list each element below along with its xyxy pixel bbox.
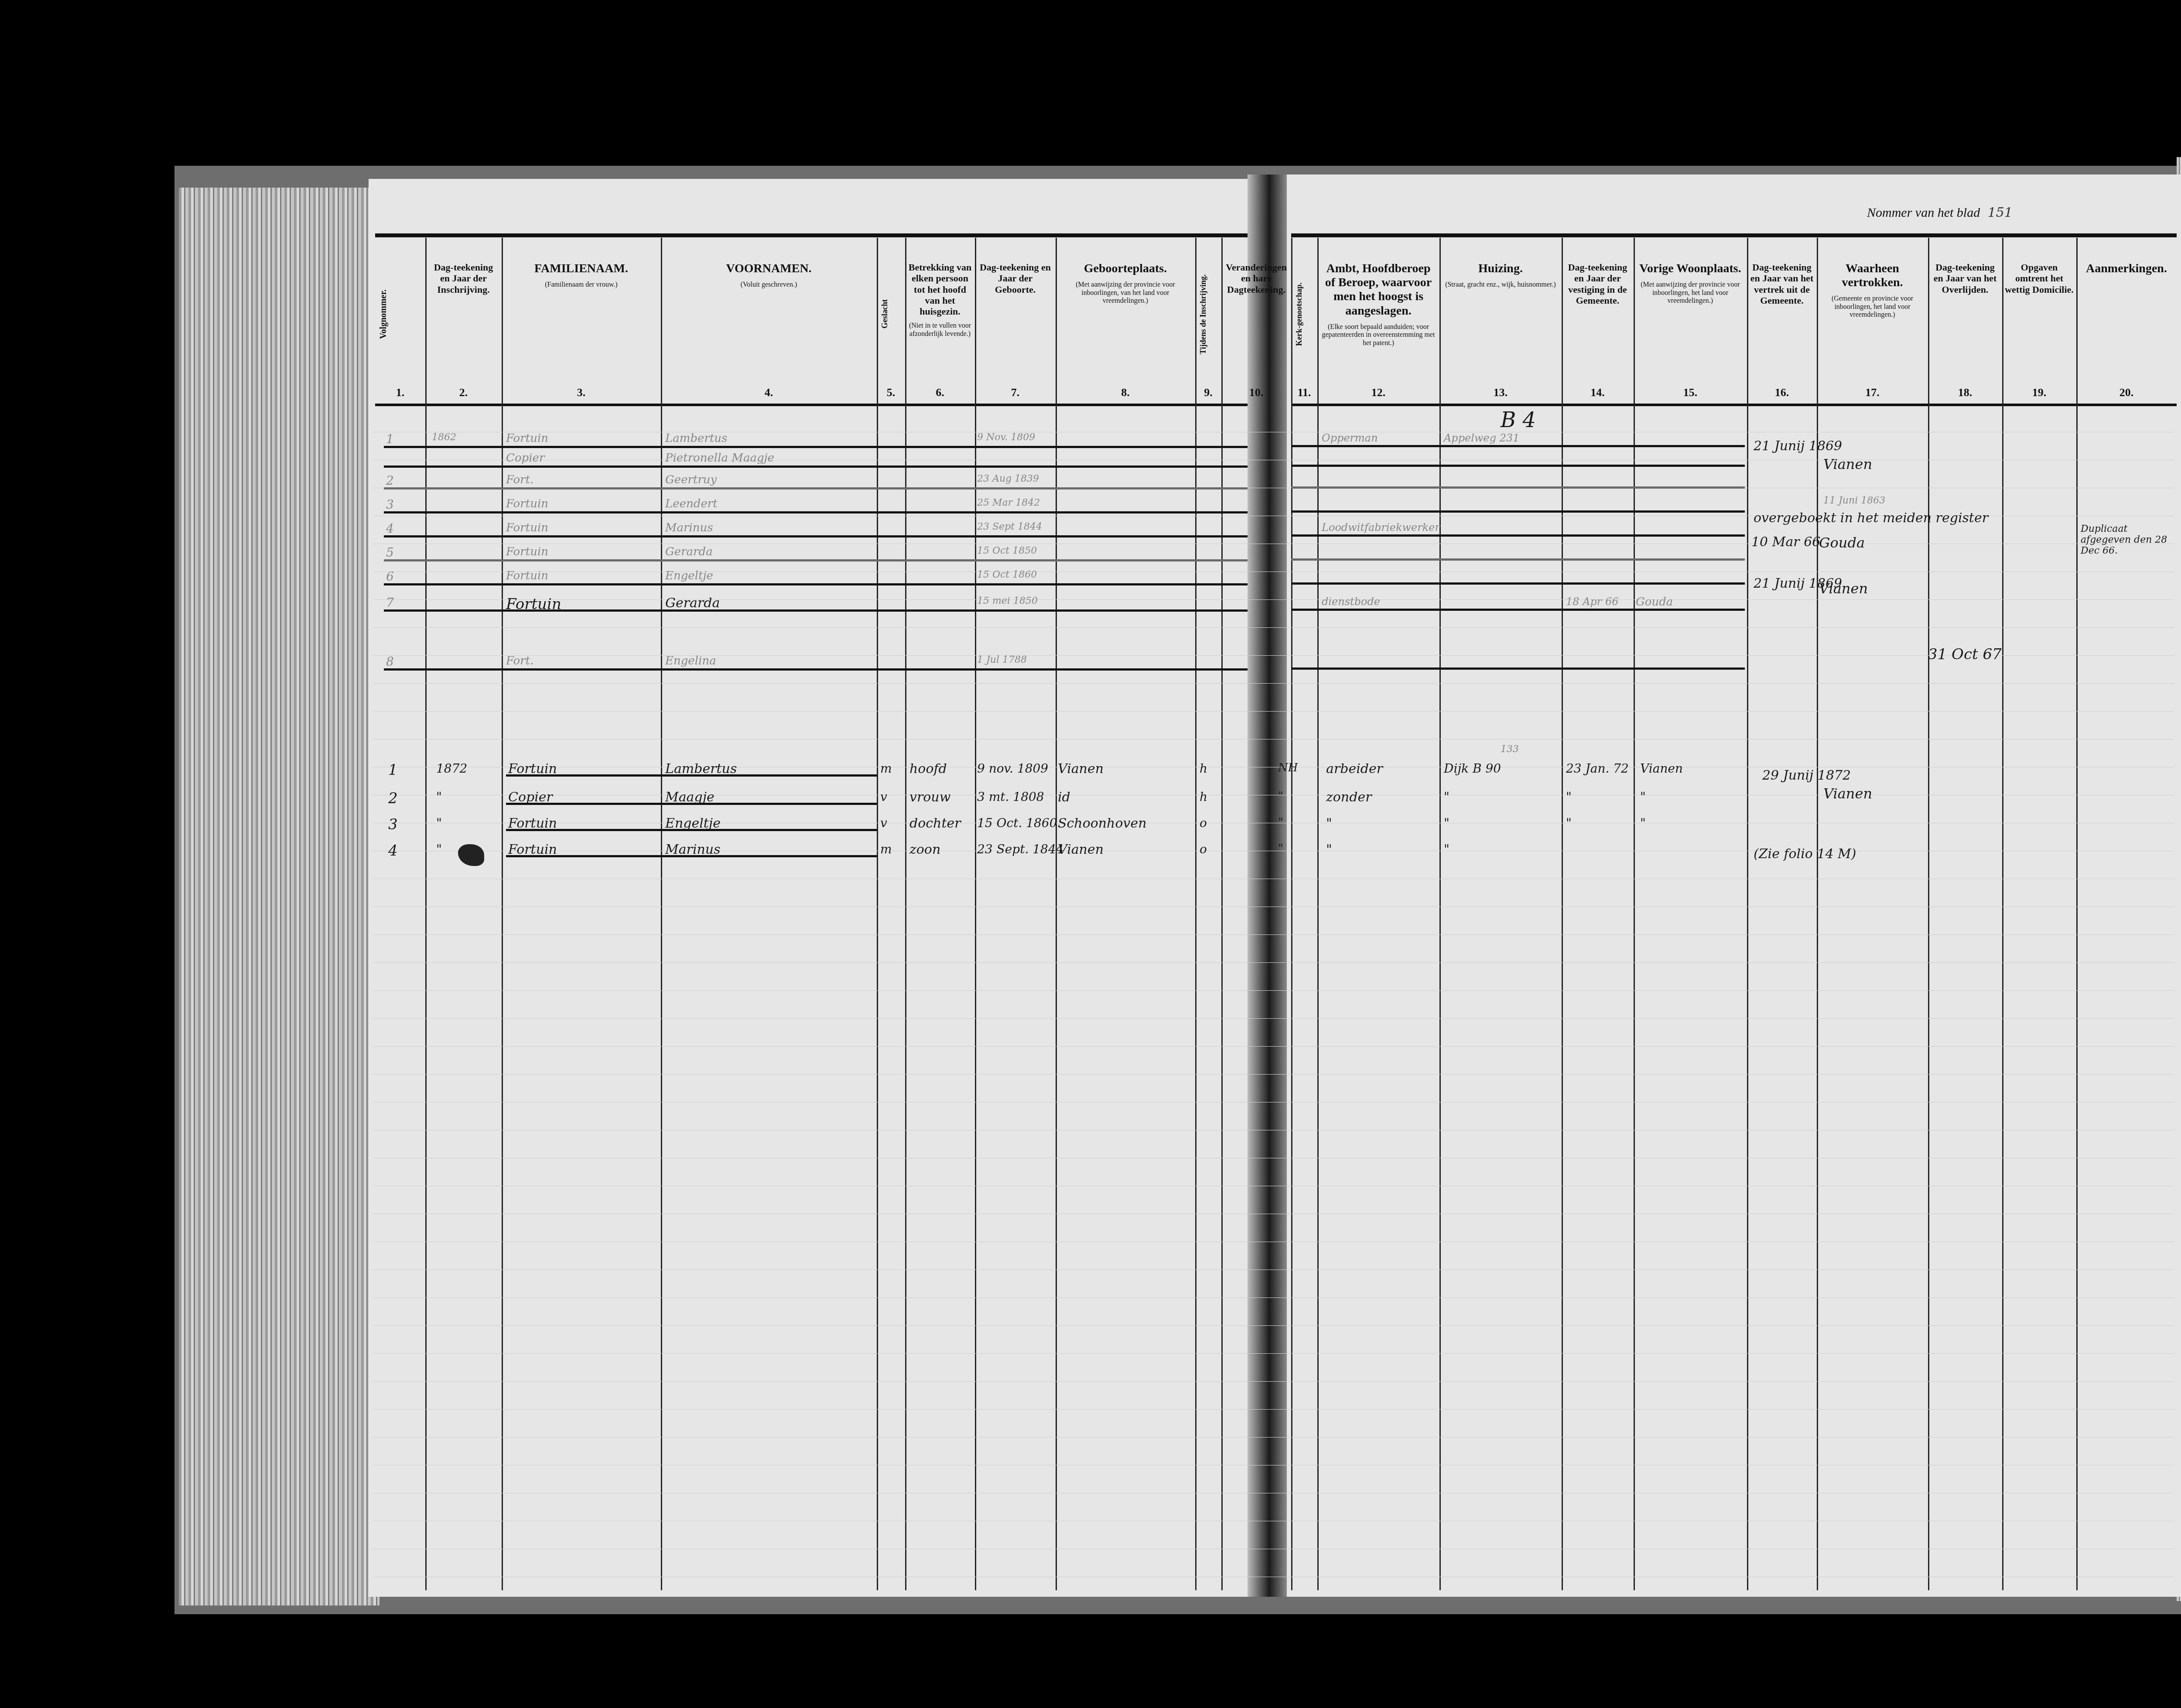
birth-date: 9 nov. 1809	[977, 761, 1048, 776]
ruled-line	[373, 795, 2174, 795]
strike-through-line	[506, 774, 877, 777]
ruled-line	[373, 1297, 2174, 1298]
ruled-line	[373, 544, 2174, 544]
strike-through-line	[506, 803, 877, 805]
entry-number: 3	[388, 816, 398, 833]
strike-through-line	[384, 511, 1248, 513]
header-top-rule-right	[1291, 233, 2177, 237]
strike-through-line	[1291, 486, 1745, 489]
occupation: "	[1326, 842, 1332, 857]
birth-date: 23 Aug 1839	[977, 473, 1039, 484]
ruled-line	[373, 460, 2174, 460]
birth-date: 15 Oct. 1860	[977, 816, 1057, 830]
given-names: Engeltje	[665, 569, 713, 582]
ruled-line	[373, 1521, 2174, 1521]
house-mark: B 4	[1501, 408, 1536, 432]
house-address: Dijk B 90	[1444, 761, 1501, 776]
column-header: Dag-teekening en Jaar der vestiging in d…	[1564, 262, 1631, 306]
strike-through-line	[384, 466, 1248, 468]
entry-number: 8	[386, 654, 394, 669]
birth-date: 15 mei 1850	[977, 596, 1038, 606]
registration-date: 1872	[436, 761, 467, 776]
church: NH	[1278, 761, 1298, 774]
strike-through-line	[384, 487, 1248, 489]
column-header: VOORNAMEN.(Voluit geschreven.)	[663, 262, 874, 289]
column-number: 7.	[1002, 386, 1029, 399]
ruled-line	[373, 962, 2174, 963]
entry-number: 6	[386, 569, 394, 584]
column-header: Geslacht	[880, 249, 902, 380]
relation-to-head: hoofd	[909, 761, 947, 777]
ruled-line	[373, 1074, 2174, 1075]
strike-through-line	[1291, 534, 1745, 537]
departure-destination: Vianen	[1823, 456, 1872, 472]
transfer-note: overgeboekt in het meiden register	[1754, 510, 1988, 526]
birth-date: 15 Oct 1860	[977, 569, 1037, 580]
column-header: Opgaven omtrent het wettig Domicilie.	[2005, 262, 2074, 295]
strike-through-line	[1291, 558, 1745, 561]
ruled-line	[373, 1102, 2174, 1102]
previous-residence: "	[1640, 816, 1646, 830]
column-header: Tijdens de Inschrijving.	[1199, 249, 1218, 380]
strike-through-line	[384, 535, 1248, 537]
civil-status: o	[1200, 842, 1207, 856]
ruled-line	[373, 879, 2174, 879]
departure-destination: Vianen	[1823, 785, 1872, 802]
occupation: "	[1326, 816, 1332, 831]
ruled-line	[373, 934, 2174, 935]
given-names: Pietronella Maagje	[665, 452, 774, 465]
birth-date: 23 Sept. 1844	[977, 842, 1064, 856]
surname: Fortuin	[506, 545, 548, 558]
strike-through-line	[384, 668, 1248, 671]
column-divider	[1221, 238, 1223, 1590]
ruled-line	[373, 1549, 2174, 1549]
surname: Fortuin	[506, 521, 548, 534]
entry-number: 1	[386, 432, 394, 446]
relation-to-head: dochter	[909, 816, 961, 831]
surname: Fortuin	[506, 432, 548, 445]
ruled-line	[373, 1353, 2174, 1354]
column-divider	[975, 238, 976, 1590]
column-divider	[1439, 238, 1441, 1590]
ruled-line	[373, 1493, 2174, 1493]
column-number: 18.	[1952, 386, 1978, 399]
header-bottom-rule-left	[375, 404, 1248, 406]
settlement-date: "	[1566, 816, 1572, 830]
occupation: Loodwitfabriekwerker	[1322, 521, 1440, 534]
column-divider	[1747, 238, 1748, 1590]
column-divider	[1317, 238, 1319, 1590]
strike-through-line	[506, 855, 877, 857]
entry-number: 3	[386, 497, 394, 512]
column-header: Dag-teekening en Jaar der Geboorte.	[978, 262, 1053, 295]
column-divider	[425, 238, 427, 1590]
birthplace: Vianen	[1058, 842, 1104, 857]
strike-through-line	[1291, 609, 1745, 611]
ruled-line	[373, 1046, 2174, 1047]
column-header: Veranderingen en hare Dagteekening.	[1224, 262, 1289, 295]
entry-number: 2	[388, 790, 398, 807]
column-number: 12.	[1365, 386, 1391, 399]
ruled-line	[373, 599, 2174, 600]
strike-through-line	[384, 583, 1248, 585]
column-header: Waarheen vertrokken.(Gemeente en provinc…	[1819, 262, 1925, 319]
column-number: 6.	[927, 386, 953, 399]
occupation: arbeider	[1326, 761, 1383, 777]
ruled-line	[373, 627, 2174, 628]
ruled-line	[373, 711, 2174, 712]
previous-residence: Gouda	[1636, 596, 1673, 609]
column-header: FAMILIENAAM.(Familienaam der vrouw.)	[504, 262, 658, 289]
birth-date: 3 mt. 1808	[977, 790, 1044, 804]
column-header: Huizing.(Straat, gracht enz., wijk, huis…	[1442, 262, 1559, 289]
surname: Fortuin	[506, 569, 548, 582]
ruled-line	[373, 1577, 2174, 1577]
column-number: 19.	[2026, 386, 2052, 399]
column-number: 4.	[756, 386, 782, 399]
ruled-line	[373, 655, 2174, 656]
column-header: Geboorteplaats.(Met aanwijzing der provi…	[1058, 262, 1193, 305]
occupation: zonder	[1326, 790, 1372, 805]
header-bottom-rule-right	[1291, 404, 2177, 406]
entry-number: 5	[386, 545, 394, 560]
column-number: 17.	[1860, 386, 1886, 399]
birth-date: 23 Sept 1844	[977, 521, 1042, 532]
church: "	[1278, 816, 1283, 829]
column-divider	[877, 238, 878, 1590]
ruled-line	[373, 1381, 2174, 1382]
relation-to-head: vrouw	[909, 790, 950, 805]
ruled-line	[373, 767, 2174, 767]
ruled-line	[373, 739, 2174, 739]
birth-date: 1 Jul 1788	[977, 654, 1027, 665]
column-number: 13.	[1487, 386, 1514, 399]
column-number: 15.	[1677, 386, 1703, 399]
ruled-line	[373, 1242, 2174, 1242]
birthplace: id	[1058, 790, 1070, 805]
surname: Fort.	[506, 654, 533, 667]
given-names: Engelina	[665, 654, 716, 667]
column-number: 9.	[1195, 386, 1221, 399]
registration-date: "	[436, 816, 442, 830]
entry-number: 1	[388, 761, 398, 779]
surname: Fort.	[506, 473, 533, 486]
strike-through-line	[384, 609, 1248, 612]
given-names: Marinus	[665, 521, 713, 534]
column-header: Dag-teekening en Jaar der Inschrijving.	[428, 262, 499, 295]
departure-date: 21 Junij 1869	[1754, 438, 1842, 454]
civil-status: o	[1200, 816, 1207, 830]
ruled-line	[373, 1409, 2174, 1410]
birthplace: Schoonhoven	[1058, 816, 1147, 831]
strike-through-line	[1291, 667, 1745, 670]
page-edges-left	[179, 188, 379, 1605]
ruled-line	[373, 1130, 2174, 1130]
death-date: 31 Oct 67	[1928, 646, 2002, 663]
strike-through-line	[1291, 465, 1745, 467]
column-number: 1.	[387, 386, 414, 399]
ruled-line	[373, 1158, 2174, 1158]
column-divider	[905, 238, 906, 1590]
column-number: 16.	[1769, 386, 1795, 399]
ruled-line	[373, 1186, 2174, 1186]
column-number: 11.	[1291, 386, 1317, 399]
column-number: 14.	[1585, 386, 1611, 399]
house-address: "	[1444, 816, 1449, 830]
birthplace: Vianen	[1058, 761, 1104, 777]
church: "	[1278, 790, 1283, 803]
ruled-line	[373, 1437, 2174, 1438]
registration-date: 1862	[432, 432, 456, 443]
ruled-line	[373, 907, 2174, 907]
ruled-line	[373, 1465, 2174, 1465]
birth-date: 15 Oct 1850	[977, 545, 1037, 556]
given-names: Leendert	[665, 497, 718, 510]
birth-date: 9 Nov. 1809	[977, 432, 1035, 443]
strike-through-line	[506, 829, 877, 831]
column-number: 5.	[878, 386, 904, 399]
occupation: dienstbode	[1322, 596, 1380, 608]
birth-date: 25 Mar 1842	[977, 497, 1040, 508]
registration-date: "	[436, 790, 442, 804]
column-header: Dag-teekening en Jaar van het vertrek ui…	[1750, 262, 1814, 306]
column-number: 20.	[2113, 386, 2140, 399]
column-divider	[1562, 238, 1563, 1590]
sex: m	[880, 842, 892, 856]
departure-date: 10 Mar 66	[1751, 534, 1820, 550]
ruled-line	[373, 432, 2174, 432]
column-divider	[661, 238, 662, 1590]
strike-through-line	[384, 559, 1248, 561]
ruled-line	[373, 823, 2174, 823]
column-divider	[1634, 238, 1635, 1590]
given-names: Lambertus	[665, 432, 727, 445]
strike-through-line	[1291, 582, 1745, 585]
folio-reference: (Zie folio 14 M)	[1754, 846, 1856, 862]
sex: v	[880, 790, 887, 804]
entry-number: 7	[386, 596, 394, 610]
column-number: 3.	[568, 386, 595, 399]
civil-status: h	[1200, 790, 1207, 804]
house-address: "	[1444, 790, 1449, 804]
departure-destination: Vianen	[1819, 580, 1868, 597]
column-number: 10.	[1243, 386, 1269, 399]
settlement-date: "	[1566, 790, 1572, 804]
column-divider	[1291, 238, 1292, 1590]
registration-date: "	[436, 842, 442, 856]
column-divider	[502, 238, 503, 1590]
ruled-line	[373, 1325, 2174, 1326]
previous-residence: "	[1640, 790, 1646, 804]
sex: m	[880, 761, 892, 776]
relation-to-head: zoon	[909, 842, 940, 857]
remark-duplicate: Duplicaat afgegeven den 28 Dec 66.	[2081, 524, 2168, 556]
ruled-line	[373, 1214, 2174, 1214]
settlement-date: 18 Apr 66	[1566, 596, 1619, 608]
entry-number: 4	[386, 521, 394, 536]
civil-status: h	[1200, 761, 1207, 776]
surname: Copier	[506, 452, 544, 465]
house-address: "	[1444, 842, 1449, 856]
ruled-line	[373, 1270, 2174, 1270]
surname: Fortuin	[506, 497, 548, 510]
sex: v	[880, 816, 887, 830]
column-header: Dag-teekening en Jaar van het Overlijden…	[1931, 262, 2000, 295]
previous-residence: Vianen	[1640, 761, 1683, 776]
column-number: 8.	[1112, 386, 1138, 399]
column-divider	[2002, 238, 2003, 1590]
given-names: Gerarda	[665, 545, 713, 558]
death-note: 11 Juni 1863	[1823, 495, 1885, 506]
house-address: Appelweg 231	[1444, 432, 1519, 444]
ruled-line	[373, 851, 2174, 851]
column-header: Volgnommer.	[379, 249, 422, 380]
column-header: Aanmerkingen.	[2079, 262, 2174, 276]
entry-number: 4	[388, 842, 398, 859]
column-divider	[2076, 238, 2078, 1590]
house-number-new: 133	[1501, 744, 1519, 755]
page-number: Nommer van het blad 151	[1867, 205, 2013, 220]
departure-date: 29 Junij 1872	[1762, 768, 1851, 783]
church: "	[1278, 842, 1283, 855]
column-divider	[1195, 238, 1196, 1590]
ruled-line	[373, 1018, 2174, 1019]
column-header: Ambt, Hoofdberoep of Beroep, waarvoor me…	[1320, 262, 1437, 347]
column-divider	[1056, 238, 1057, 1590]
ruled-line	[373, 572, 2174, 572]
departure-destination: Gouda	[1819, 534, 1865, 551]
occupation: Opperman	[1322, 432, 1378, 444]
strike-through-line	[384, 446, 1248, 448]
column-number: 2.	[451, 386, 477, 399]
column-divider	[1928, 238, 1929, 1590]
header-top-rule-left	[375, 233, 1248, 237]
column-header: Vorige Woonplaats.(Met aanwijzing der pr…	[1636, 262, 1744, 305]
column-header: Kerk-genootschap.	[1295, 249, 1314, 380]
entry-number: 2	[386, 473, 394, 488]
given-names: Geertruy	[665, 473, 717, 486]
page-number-value: 151	[1988, 205, 2013, 220]
strike-through-line	[1291, 445, 1745, 447]
settlement-date: 23 Jan. 72	[1566, 761, 1629, 776]
strike-through-line	[1291, 510, 1745, 513]
page-number-label: Nommer van het blad	[1867, 205, 1980, 220]
ruled-line	[373, 683, 2174, 684]
given-names: Gerarda	[665, 596, 720, 611]
column-header: Betrekking van elken persoon tot het hoo…	[908, 262, 972, 338]
ruled-line	[373, 990, 2174, 991]
